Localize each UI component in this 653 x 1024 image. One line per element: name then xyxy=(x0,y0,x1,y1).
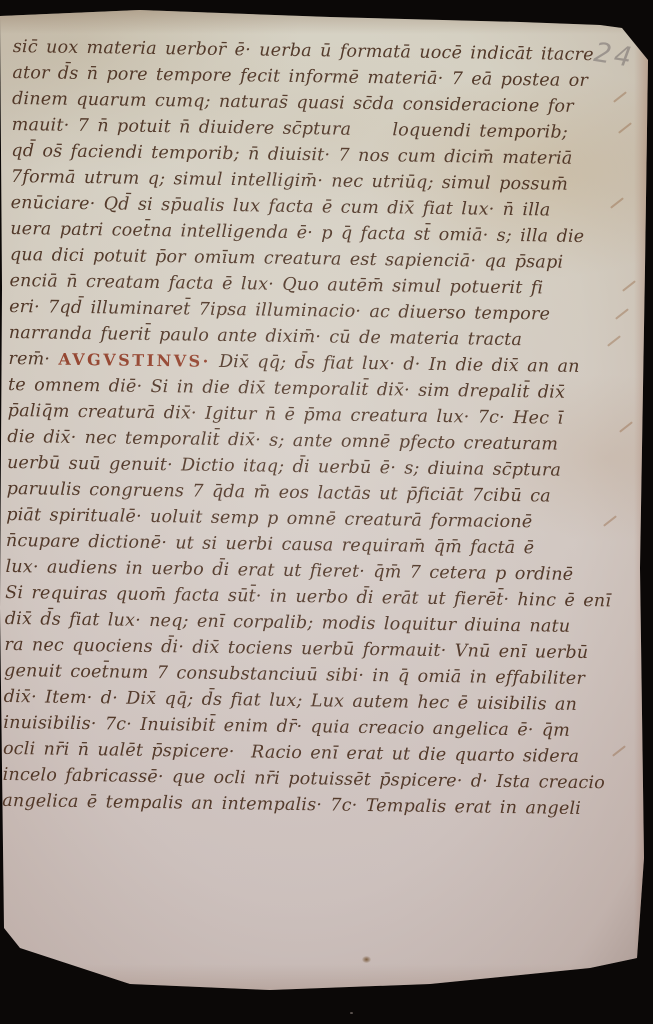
text-segment: Dix̄ qq̄; d̄s fiat lux· d· In die dix̄ a… xyxy=(211,352,580,377)
dust-speck xyxy=(350,1012,353,1014)
text-block: sic̄ uox materia uerbor̄ ē· uerba ū form… xyxy=(2,34,641,823)
rubric-author-name: AVGVSTINVS· xyxy=(58,350,211,371)
text-segment: angelica ē tempalis an intempalis· 7c· T… xyxy=(2,791,581,819)
manuscript-page: 24 sic̄ uox materia uerbor̄ ē· uerba ū f… xyxy=(0,8,650,998)
page-edge-shading-top xyxy=(0,8,650,34)
parchment-stain-spot xyxy=(362,956,371,963)
page-edge-shading-bottom xyxy=(0,964,650,998)
photo-backdrop: { "photo": { "background_color": "#0b080… xyxy=(0,0,653,1024)
text-segment: rem̄· xyxy=(8,349,58,370)
